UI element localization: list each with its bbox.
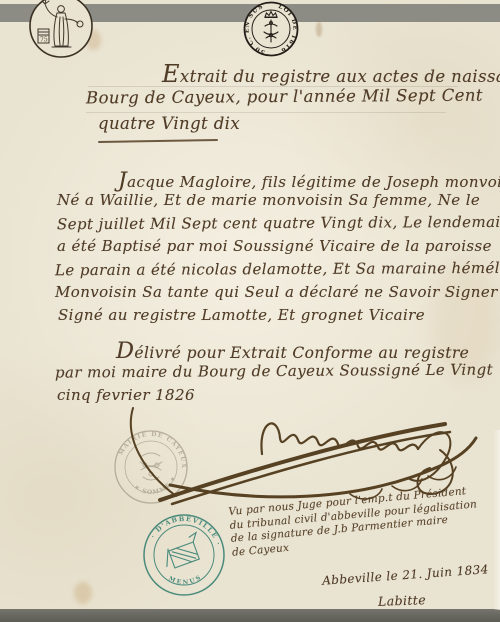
svg-text:MENUS: MENUS bbox=[168, 573, 204, 586]
body-line-2: Né a Waillie, Et de marie monvoisin Sa f… bbox=[57, 191, 480, 209]
body-line-5: Le parain a été nicolas delamotte, Et Sa… bbox=[55, 259, 500, 279]
header-line-1: Extrait du registre aux actes de naissan… bbox=[162, 60, 500, 88]
background-band-bottom bbox=[0, 609, 500, 622]
document-scan: 75 50 C. EN SUS LOI DE 1816 Extrait du r… bbox=[0, 0, 500, 622]
paper-stain bbox=[74, 582, 92, 604]
pencil-guide-line bbox=[86, 112, 446, 113]
certification-place-date: Abbeville le 21. Juin 1834 bbox=[322, 562, 489, 588]
tax-stamp-crown: 50 C. EN SUS LOI DE 1816 bbox=[243, 1, 299, 57]
heading-underline bbox=[98, 139, 218, 143]
tax-stamp-figure-icon: 75 bbox=[27, 0, 95, 61]
abbeville-stamp: · D'ABBEVILLE · MENUS bbox=[141, 512, 227, 598]
closing-line-2: par moi maire du Bourg de Cayeux Soussig… bbox=[55, 360, 493, 381]
body-line-1: Jacque Magloire, fils légitime de Joseph… bbox=[118, 168, 500, 193]
header-line-2: Bourg de Cayeux, pour l'année Mil Sept C… bbox=[86, 86, 483, 108]
monument-emblem-icon bbox=[159, 533, 205, 571]
body-line-6: Monvoisin Sa tante qui Seul a déclaré ne… bbox=[55, 283, 498, 301]
paper-stain bbox=[316, 22, 322, 37]
body-line-7: Signé au registre Lamotte, Et grognet Vi… bbox=[58, 306, 425, 324]
body-line-3: Sept juillet Mil Sept cent quatre Vingt … bbox=[57, 213, 500, 233]
stamp-denomination: 75 bbox=[40, 37, 48, 44]
certification-signature: Labitte bbox=[378, 592, 426, 609]
header-line-3: quatre Vingt dix bbox=[98, 114, 240, 133]
stamp-bottom-text: MENUS bbox=[168, 573, 204, 586]
body-line-4: a été Baptisé par moi Soussigné Vicaire … bbox=[57, 237, 492, 255]
